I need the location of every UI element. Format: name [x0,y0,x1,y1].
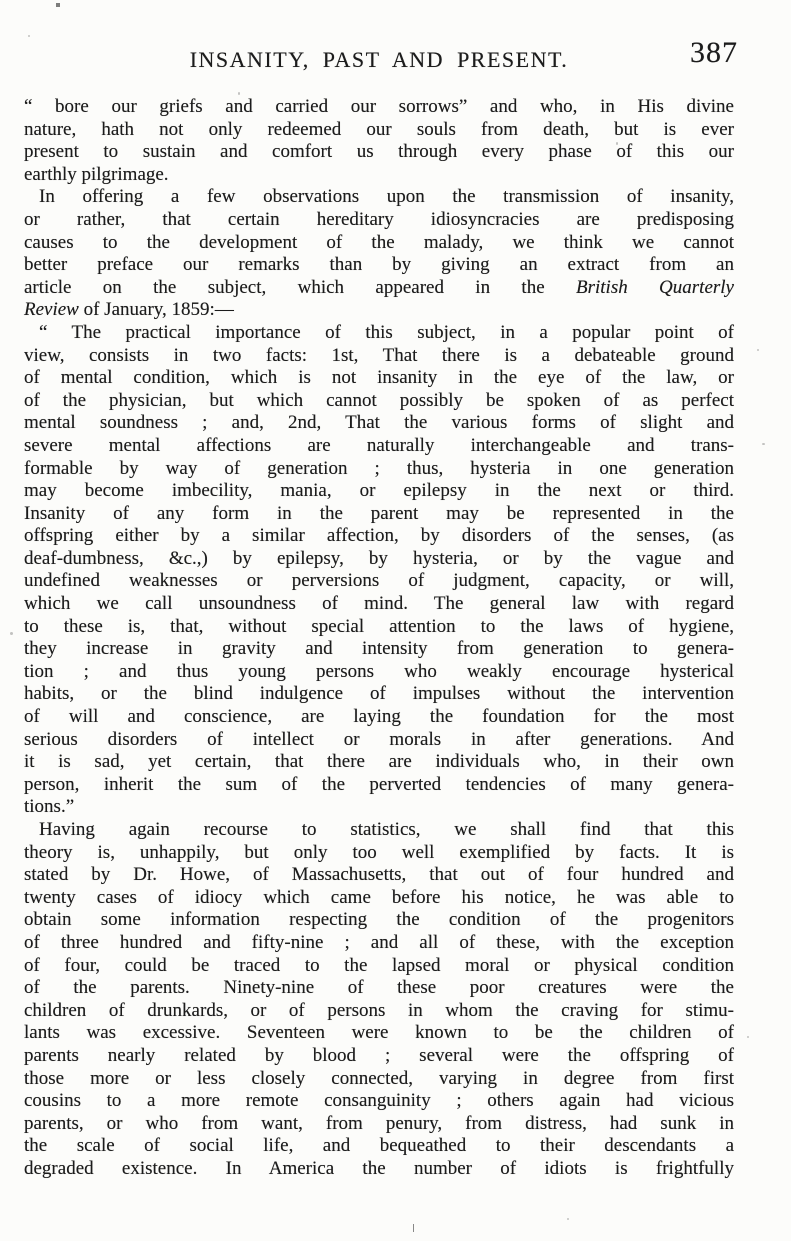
text-line: of the parents. Ninety-nine of these poo… [24,977,734,1000]
page-body: “ bore our griefs and carried our sorrow… [24,96,734,1181]
text-line: the scale of social life, and bequeathed… [24,1135,734,1158]
text-line: serious disorders of intellect or morals… [24,729,734,752]
text-line: it is sad, yet certain, that there are i… [24,751,734,774]
text-line: of the physician, but which cannot possi… [24,390,734,413]
scan-speck [413,1224,414,1232]
text-line: of three hundred and fifty-nine ; and al… [24,932,734,955]
scan-speck [762,443,765,445]
text-line: article on the subject, which appeared i… [24,277,734,300]
scan-speck [10,632,13,635]
text-line: of will and conscience, are laying the f… [24,706,734,729]
text-line: children of drunkards, or of persons in … [24,1000,734,1023]
text-line: which we call unsoundness of mind. The g… [24,593,734,616]
text-line: deaf-dumbness, &c.,) by epilepsy, by hys… [24,548,734,571]
text-line: those more or less closely connected, va… [24,1068,734,1091]
text-line: formable by way of generation ; thus, hy… [24,458,734,481]
scan-speck [616,142,618,145]
text-line: “ The practical importance of this subje… [24,322,734,345]
text-line: nature, hath not only redeemed our souls… [24,119,734,142]
text-line: lants was excessive. Seventeen were know… [24,1022,734,1045]
text-line: cousins to a more remote consanguinity ;… [24,1090,734,1113]
text-line: Review of January, 1859:— [24,299,734,322]
page-title: INSANITY, PAST AND PRESENT. [24,47,734,73]
scan-speck [747,1036,749,1038]
scan-speck [238,92,240,95]
scan-speck [757,349,759,351]
scan-speck [56,3,60,7]
text-line: person, inherit the sum of the perverted… [24,774,734,797]
text-line: to these is, that, without special atten… [24,616,734,639]
text-line: tion ; and thus young persons who weakly… [24,661,734,684]
text-line: twenty cases of idiocy which came before… [24,887,734,910]
text-line: view, consists in two facts: 1st, That t… [24,345,734,368]
text-line: stated by Dr. Howe, of Massachusetts, th… [24,864,734,887]
text-line: theory is, unhappily, but only too well … [24,842,734,865]
text-line: present to sustain and comfort us throug… [24,141,734,164]
scanned-book-page: INSANITY, PAST AND PRESENT. 387 “ bore o… [0,0,791,1241]
text-line: parents nearly related by blood ; severa… [24,1045,734,1068]
paragraph: Having again recourse to statistics, we … [24,819,734,1181]
text-line: parents, or who from want, from penury, … [24,1113,734,1136]
text-line: tions.” [24,796,734,819]
text-line: Insanity of any form in the parent may b… [24,503,734,526]
text-line: offspring either by a similar affection,… [24,525,734,548]
text-line: better preface our remarks than by givin… [24,254,734,277]
text-line: mental soundness ; and, 2nd, That the va… [24,412,734,435]
text-line: they increase in gravity and intensity f… [24,638,734,661]
text-line: undefined weaknesses or perversions of j… [24,570,734,593]
paragraph: “ bore our griefs and carried our sorrow… [24,96,734,186]
text-line: causes to the development of the malady,… [24,232,734,255]
paragraph: “ The practical importance of this subje… [24,322,734,819]
text-line: degraded existence. In America the numbe… [24,1158,734,1181]
text-line: “ bore our griefs and carried our sorrow… [24,96,734,119]
scan-speck [567,1218,569,1220]
text-line: habits, or the blind indulgence of impul… [24,683,734,706]
text-line: obtain some information respecting the c… [24,909,734,932]
text-line: of four, could be traced to the lapsed m… [24,955,734,978]
text-line: severe mental affections are naturally i… [24,435,734,458]
paragraph: In offering a few observations upon the … [24,186,734,322]
page-number: 387 [680,36,738,70]
text-line: Having again recourse to statistics, we … [24,819,734,842]
text-line: or rather, that certain hereditary idios… [24,209,734,232]
scan-speck [28,35,30,37]
text-line: may become imbecility, mania, or epileps… [24,480,734,503]
text-line: earthly pilgrimage. [24,164,734,187]
text-line: of mental condition, which is not insani… [24,367,734,390]
text-line: In offering a few observations upon the … [24,186,734,209]
